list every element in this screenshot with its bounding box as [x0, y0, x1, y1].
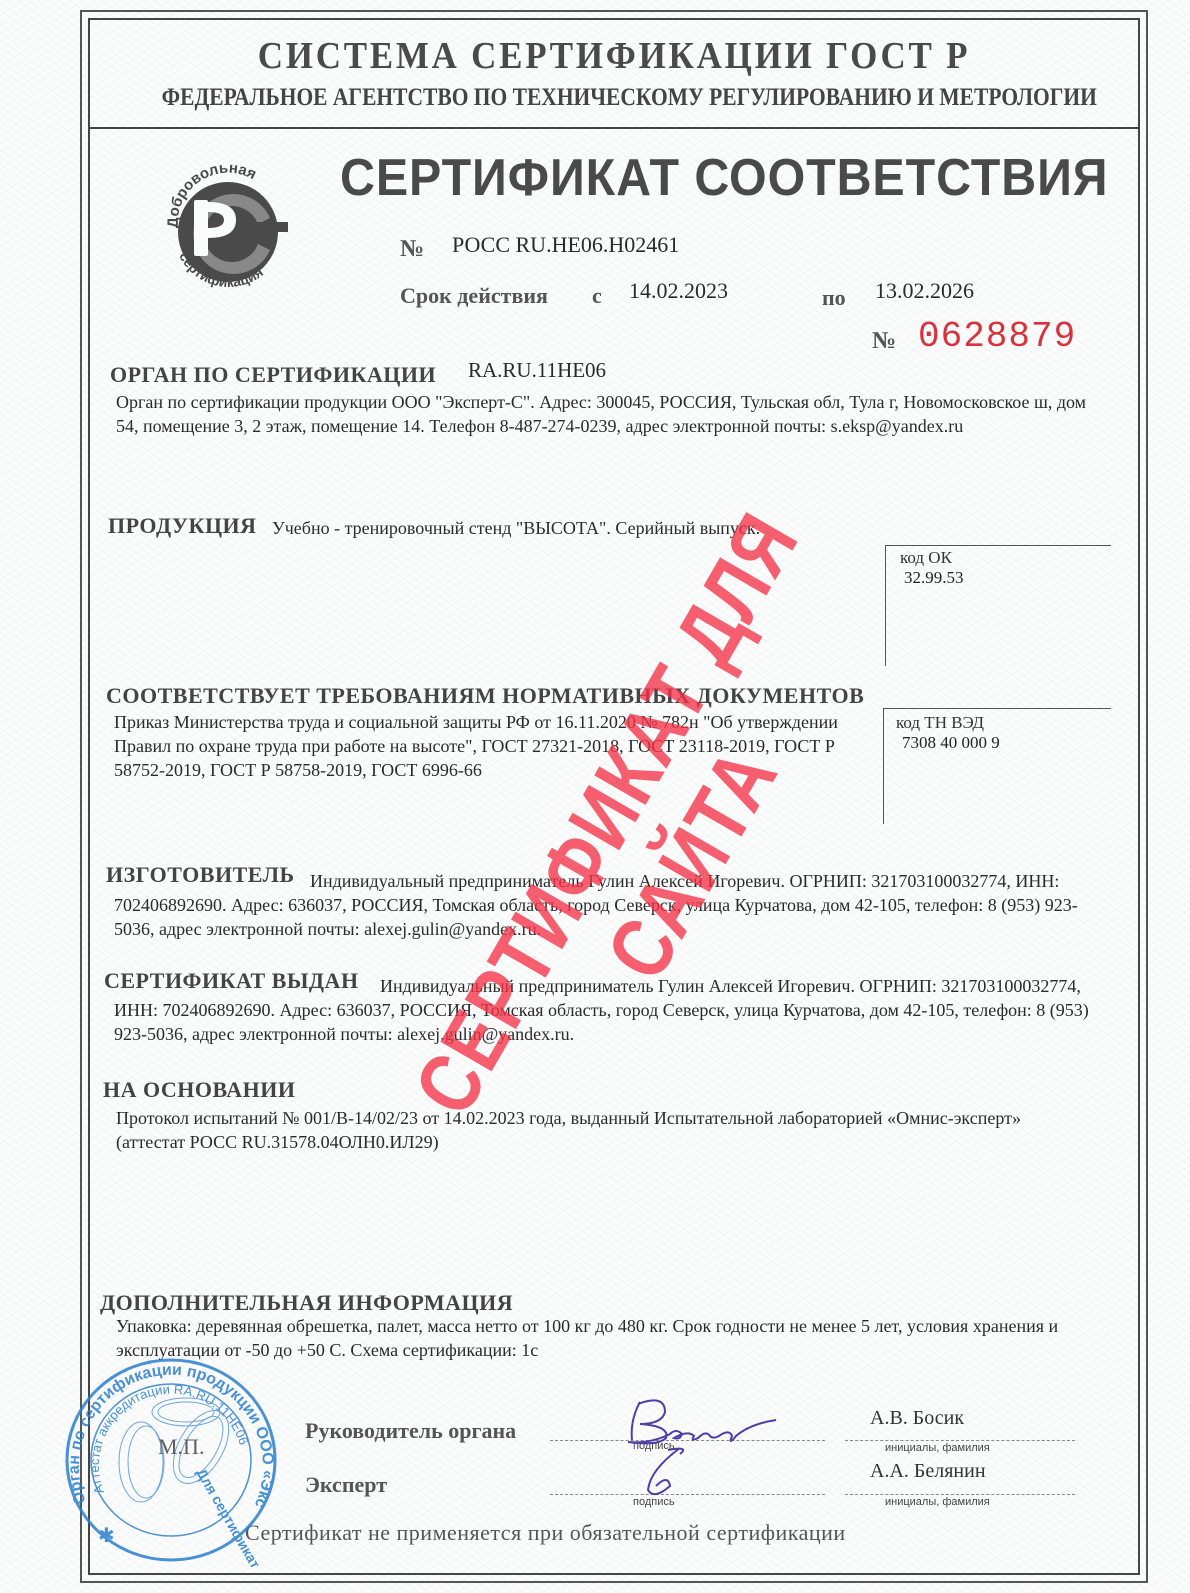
basis-title: НА ОСНОВАНИИ — [103, 1077, 296, 1103]
compliance-title: СООТВЕТСТВУЕТ ТРЕБОВАНИЯМ НОРМАТИВНЫХ ДО… — [106, 683, 864, 709]
certificate-title: СЕРТИФИКАТ СООТВЕТСТВИЯ — [340, 148, 1108, 208]
head-name-caption: инициалы, фамилия — [885, 1442, 990, 1454]
valid-to-date: 13.02.2026 — [875, 278, 974, 304]
system-title: СИСТЕМА СЕРТИФИКАЦИИ ГОСТ Р — [130, 34, 1098, 78]
ok-code-label: код ОК — [886, 546, 1111, 568]
footer-note: Сертификат не применяется при обязательн… — [245, 1520, 846, 1546]
tnved-code-box: код ТН ВЭД 7308 40 000 9 — [883, 708, 1111, 824]
serial-number: 0628879 — [918, 316, 1076, 357]
certificate-number: РОСС RU.НЕ06.Н02461 — [452, 232, 679, 258]
validity-from-label: с — [592, 283, 602, 309]
basis-text: Протокол испытаний № 001/В-14/02/23 от 1… — [116, 1106, 1056, 1154]
expert-label: Эксперт — [305, 1472, 387, 1498]
head-signature-icon — [610, 1390, 790, 1505]
tnved-code-label: код ТН ВЭД — [884, 709, 1111, 733]
stamp-seal-icon: Орган по сертификации продукции ООО «Экс… — [46, 1352, 296, 1567]
additional-info-title: ДОПОЛНИТЕЛЬНАЯ ИНФОРМАЦИЯ — [100, 1290, 513, 1316]
expert-name-line — [845, 1494, 1075, 1495]
header-divider — [88, 127, 1140, 129]
issued-to-text: Индивидуальный предприниматель Гулин Але… — [114, 974, 1104, 1046]
compliance-text: Приказ Министерства труда и социальной з… — [114, 710, 854, 782]
product-text: Учебно - тренировочный стенд "ВЫСОТА". С… — [272, 516, 760, 540]
certification-body-code: RA.RU.11НЕ06 — [468, 358, 606, 383]
head-name-line — [845, 1440, 1075, 1441]
expert-name: А.А. Белянин — [870, 1460, 986, 1483]
validity-to-label: по — [822, 285, 846, 311]
ok-code-value: 32.99.53 — [886, 568, 1111, 588]
certification-body-title: ОРГАН ПО СЕРТИФИКАЦИИ — [110, 362, 436, 388]
head-label: Руководитель органа — [305, 1418, 516, 1444]
validity-label: Срок действия — [400, 283, 548, 309]
expert-name-caption: инициалы, фамилия — [885, 1496, 990, 1508]
stamp-place-label: М.П. — [158, 1434, 204, 1460]
svg-text:✱: ✱ — [98, 1525, 115, 1547]
valid-from-date: 14.02.2023 — [629, 278, 728, 304]
tnved-code-value: 7308 40 000 9 — [884, 733, 1111, 753]
serial-label: № — [872, 328, 896, 355]
number-label: № — [400, 236, 424, 263]
head-name: А.В. Босик — [870, 1407, 964, 1430]
rst-certification-logo-icon: Добровольная сертификация — [158, 158, 298, 298]
ok-code-box: код ОК 32.99.53 — [885, 545, 1111, 666]
manufacturer-text: Индивидуальный предприниматель Гулин Але… — [114, 869, 1104, 941]
agency-title: ФЕДЕРАЛЬНОЕ АГЕНТСТВО ПО ТЕХНИЧЕСКОМУ РЕ… — [162, 84, 1067, 112]
certification-body-text: Орган по сертификации продукции ООО "Экс… — [116, 390, 1106, 438]
product-title: ПРОДУКЦИЯ — [108, 513, 257, 539]
